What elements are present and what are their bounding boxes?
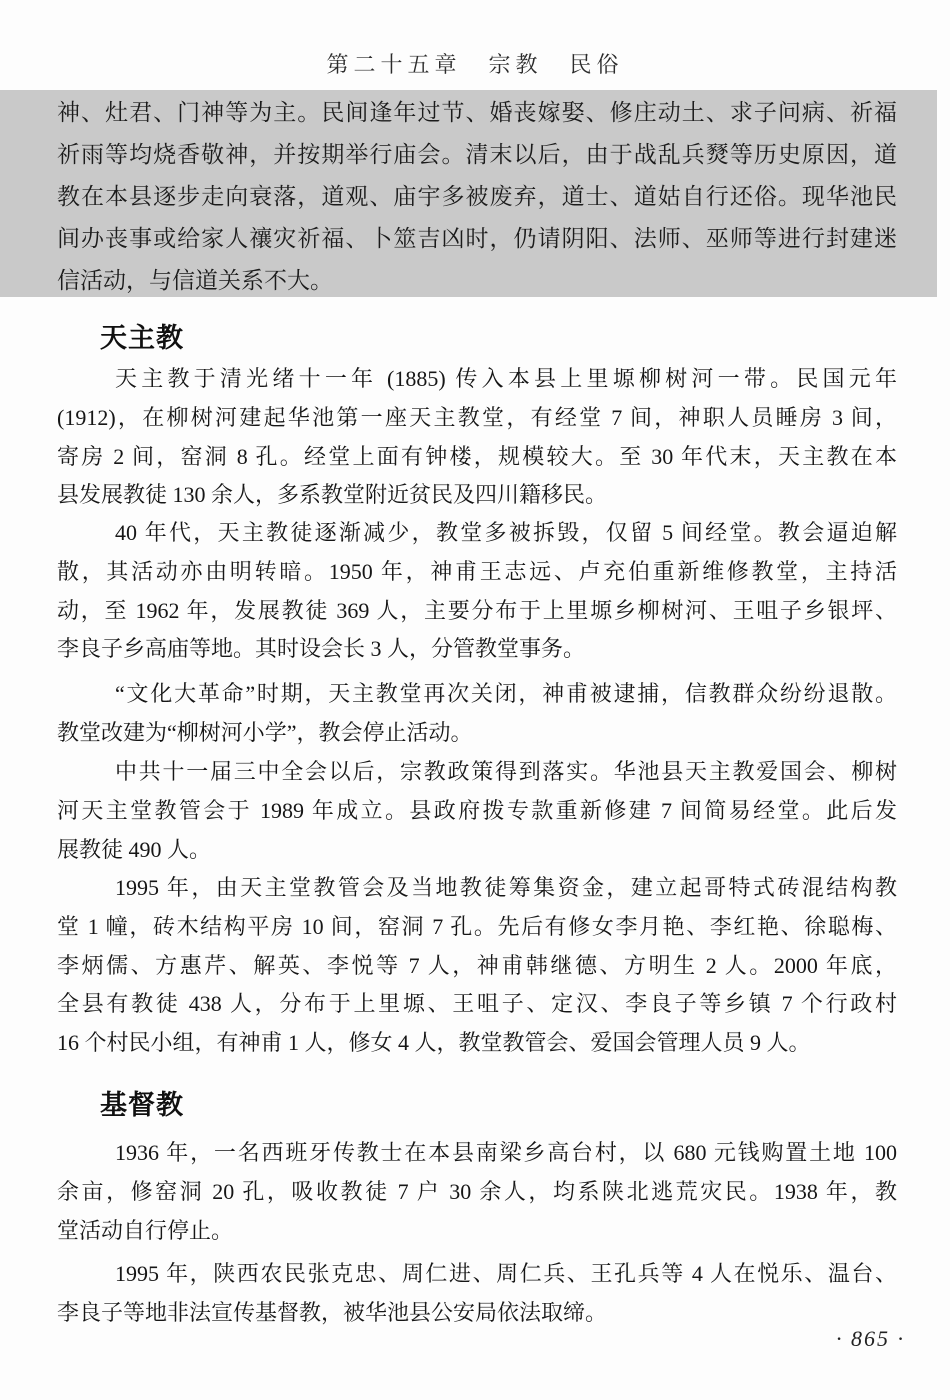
- text-line: 40 年代，天主教徒逐渐减少，教堂多被拆毁，仅留 5 间经堂。教会逼迫解: [57, 514, 897, 553]
- text-line: 堂 1 幢，砖木结构平房 10 间，窑洞 7 孔。先后有修女李月艳、李红艳、徐聪…: [57, 908, 897, 947]
- text-line: 祈雨等均烧香敬神，并按期举行庙会。清末以后，由于战乱兵燹等历史原因，道: [57, 134, 897, 176]
- text-line: 全县有教徒 438 人，分布于上里塬、王咀子、定汉、李良子等乡镇 7 个行政村: [57, 985, 897, 1024]
- scanned-document-page: 第二十五章 宗教 民俗 神、灶君、门神等为主。民间逢年过节、婚丧嫁娶、修庄动土、…: [0, 0, 950, 1400]
- text-line: 堂活动自行停止。: [57, 1212, 897, 1251]
- text-line: 1995 年，由天主堂教管会及当地教徒筹集资金，建立起哥特式砖混结构教: [57, 869, 897, 908]
- text-line: 寄房 2 间，窑洞 8 孔。经堂上面有钟楼，规模较大。至 30 年代末，天主教在…: [57, 438, 897, 477]
- paragraph: 1995 年，由天主堂教管会及当地教徒筹集资金，建立起哥特式砖混结构教 堂 1 …: [57, 869, 897, 1063]
- text-line: 信活动，与信道关系不大。: [57, 260, 897, 297]
- paragraph: 1936 年，一名西班牙传教士在本县南梁乡高台村，以 680 元钱购置土地 10…: [57, 1134, 897, 1250]
- text-line: 李炳儒、方惠芹、解英、李悦等 7 人，神甫韩继德、方明生 2 人。2000 年底…: [57, 947, 897, 986]
- text-line: 河天主堂教管会于 1989 年成立。县政府拨专款重新修建 7 间简易经堂。此后发: [57, 792, 897, 831]
- paragraph: 天主教于清光绪十一年 (1885) 传入本县上里塬柳树河一带。民国元年 (191…: [57, 360, 897, 515]
- text-line: 县发展教徒 130 余人，多系教堂附近贫民及四川籍移民。: [57, 476, 897, 515]
- chapter-header: 第二十五章 宗教 民俗: [0, 48, 950, 79]
- text-line: 神、灶君、门神等为主。民间逢年过节、婚丧嫁娶、修庄动土、求子问病、祈福: [57, 92, 897, 134]
- text-line: 李良子乡高庙等地。其时设会长 3 人，分管教堂事务。: [57, 630, 897, 669]
- text-line: 教在本县逐步走向衰落，道观、庙宇多被废弃，道士、道姑自行还俗。现华池民: [57, 176, 897, 218]
- text-line: “文化大革命”时期，天主教堂再次关闭，神甫被逮捕，信教群众纷纷退散。: [57, 675, 897, 714]
- text-line: 余亩，修窑洞 20 孔，吸收教徒 7 户 30 余人，均系陕北逃荒灾民。1938…: [57, 1173, 897, 1212]
- section-heading-christianity: 基督教: [100, 1083, 184, 1122]
- section-heading-catholicism: 天主教: [100, 316, 184, 355]
- text-line: 展教徒 490 人。: [57, 831, 897, 870]
- paragraph: 中共十一届三中全会以后，宗教政策得到落实。华池县天主教爱国会、柳树 河天主堂教管…: [57, 753, 897, 869]
- text-line: 1936 年，一名西班牙传教士在本县南梁乡高台村，以 680 元钱购置土地 10…: [57, 1134, 897, 1173]
- text-line: (1912)，在柳树河建起华池第一座天主教堂，有经堂 7 间，神职人员睡房 3 …: [57, 399, 897, 438]
- text-line: 中共十一届三中全会以后，宗教政策得到落实。华池县天主教爱国会、柳树: [57, 753, 897, 792]
- text-line: 李良子等地非法宣传基督教，被华池县公安局依法取缔。: [57, 1294, 897, 1333]
- text-line: 天主教于清光绪十一年 (1885) 传入本县上里塬柳树河一带。民国元年: [57, 360, 897, 399]
- paragraph: 1995 年，陕西农民张克忠、周仁进、周仁兵、王孔兵等 4 人在悦乐、温台、 李…: [57, 1255, 897, 1333]
- text-line: 教堂改建为“柳树河小学”，教会停止活动。: [57, 714, 897, 753]
- text-line: 1995 年，陕西农民张克忠、周仁进、周仁兵、王孔兵等 4 人在悦乐、温台、: [57, 1255, 897, 1294]
- highlighted-paragraph: 神、灶君、门神等为主。民间逢年过节、婚丧嫁娶、修庄动土、求子问病、祈福 祈雨等均…: [0, 90, 937, 297]
- paragraph: “文化大革命”时期，天主教堂再次关闭，神甫被逮捕，信教群众纷纷退散。 教堂改建为…: [57, 675, 897, 753]
- text-line: 动，至 1962 年，发展教徒 369 人，主要分布于上里塬乡柳树河、王咀子乡银…: [57, 592, 897, 631]
- text-line: 间办丧事或给家人禳灾祈福、卜筮吉凶时，仍请阴阳、法师、巫师等进行封建迷: [57, 218, 897, 260]
- page-number: · 865 ·: [836, 1326, 905, 1352]
- paragraph: 40 年代，天主教徒逐渐减少，教堂多被拆毁，仅留 5 间经堂。教会逼迫解 散，其…: [57, 514, 897, 669]
- text-line: 16 个村民小组，有神甫 1 人，修女 4 人，教堂教管会、爱国会管理人员 9 …: [57, 1024, 897, 1063]
- text-line: 散，其活动亦由明转暗。1950 年，神甫王志远、卢充伯重新维修教堂，主持活: [57, 553, 897, 592]
